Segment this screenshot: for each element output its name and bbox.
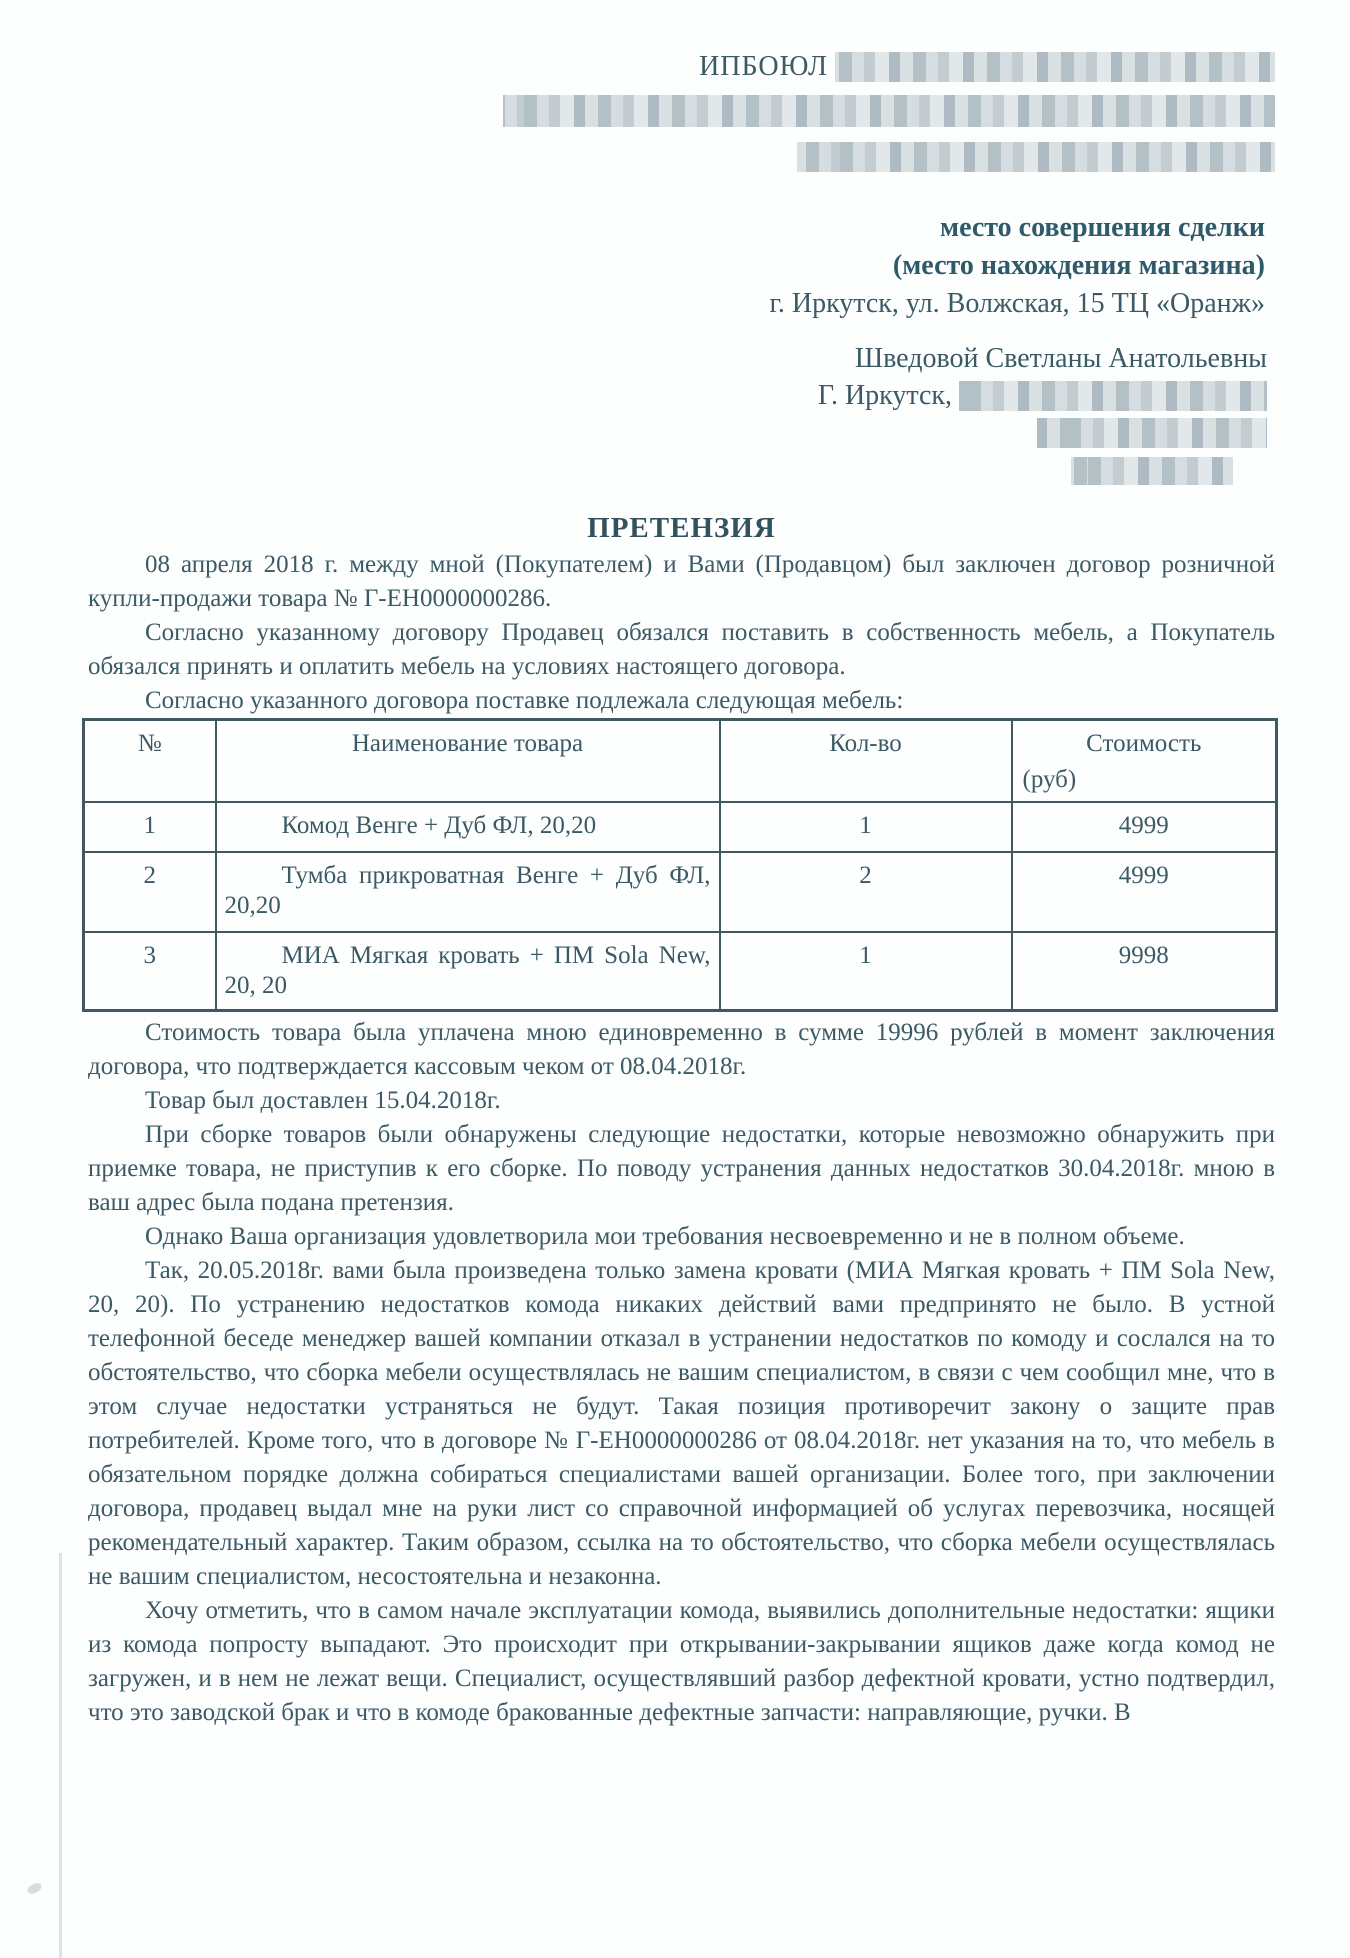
cell-cost: 4999 (1012, 802, 1277, 852)
cell-quantity: 2 (720, 852, 1012, 932)
deal-place-label-2: (место нахождения магазина) (88, 247, 1265, 285)
deal-place-address: г. Иркутск, ул. Волжская, 15 ТЦ «Оранж» (88, 285, 1265, 323)
goods-table: № Наименование товара Кол-во Стоимость (… (82, 718, 1278, 1012)
paragraph: 08 апреля 2018 г. между мной (Покупателе… (88, 548, 1275, 616)
seller-line-1: ИПБОЮЛ (88, 44, 1275, 89)
scan-artifact-line (59, 1553, 62, 1958)
cell-name: МИА Мягкая кровать + ПМ Sola New, 20, 20 (216, 932, 720, 1011)
seller-line-2 (88, 89, 1275, 134)
paragraph: Товар был доставлен 15.04.2018г. (88, 1084, 1275, 1118)
redacted-claimant-phone (1037, 418, 1267, 448)
paragraph: Согласно указанному договору Продавец об… (88, 616, 1275, 684)
cell-number: 2 (84, 852, 216, 932)
cell-quantity: 1 (720, 932, 1012, 1011)
header-cost-label: Стоимость (1021, 729, 1268, 759)
claim-document-page: ИПБОЮЛ место совершения сделки (место на… (0, 0, 1350, 1958)
paragraph: Хочу отметить, что в самом начале эксплу… (88, 1594, 1275, 1730)
header-cell-name: Наименование товара (216, 720, 720, 803)
paragraph: Однако Ваша организация удовлетворила мо… (88, 1220, 1275, 1254)
paragraph: Согласно указанного договора поставке по… (88, 684, 1275, 718)
paragraph: Так, 20.05.2018г. вами была произведена … (88, 1254, 1275, 1594)
paragraph: Стоимость товара была уплачена мною един… (88, 1016, 1275, 1084)
cell-name: Комод Венге + Дуб ФЛ, 20,20 (216, 802, 720, 852)
deal-place-label-1: место совершения сделки (88, 209, 1265, 247)
table-header-row: № Наименование товара Кол-во Стоимость (… (84, 720, 1277, 803)
place-of-deal-block: место совершения сделки (место нахождени… (88, 209, 1275, 323)
claimant-city-line: Г. Иркутск, (88, 377, 1267, 414)
header-cell-number: № (84, 720, 216, 803)
paragraph: При сборке товаров были обнаружены следу… (88, 1118, 1275, 1220)
seller-line-3 (88, 134, 1275, 179)
redacted-seller-address-2 (797, 142, 1275, 172)
redacted-seller-name (835, 52, 1275, 82)
claimant-redacted-line-2 (88, 451, 1267, 488)
redacted-claimant-address (959, 381, 1267, 411)
header-cell-cost: Стоимость (руб) (1012, 720, 1277, 803)
redacted-claimant-email (1071, 457, 1233, 485)
claimant-redacted-line-1 (88, 414, 1267, 451)
claimant-block: Шведовой Светланы Анатольевны Г. Иркутск… (88, 340, 1275, 488)
table-row: 2 Тумба прикроватная Венге + Дуб ФЛ, 20,… (84, 852, 1277, 932)
cell-number: 3 (84, 932, 216, 1011)
cell-name: Тумба прикроватная Венге + Дуб ФЛ, 20,20 (216, 852, 720, 932)
cell-number: 1 (84, 802, 216, 852)
header-cell-quantity: Кол-во (720, 720, 1012, 803)
redacted-seller-address-1 (503, 95, 1275, 127)
seller-header-block: ИПБОЮЛ (88, 44, 1275, 179)
cell-quantity: 1 (720, 802, 1012, 852)
document-title: ПРЕТЕНЗИЯ (88, 508, 1275, 548)
cell-cost: 9998 (1012, 932, 1277, 1011)
cell-cost: 4999 (1012, 852, 1277, 932)
claimant-city: Г. Иркутск, (818, 380, 952, 411)
table-row: 3 МИА Мягкая кровать + ПМ Sola New, 20, … (84, 932, 1277, 1011)
scan-artifact-smudge (26, 1881, 43, 1896)
header-cost-units: (руб) (1021, 759, 1268, 795)
claimant-name: Шведовой Светланы Анатольевны (88, 340, 1267, 377)
table-row: 1 Комод Венге + Дуб ФЛ, 20,20 1 4999 (84, 802, 1277, 852)
org-prefix-text: ИПБОЮЛ (699, 51, 828, 82)
